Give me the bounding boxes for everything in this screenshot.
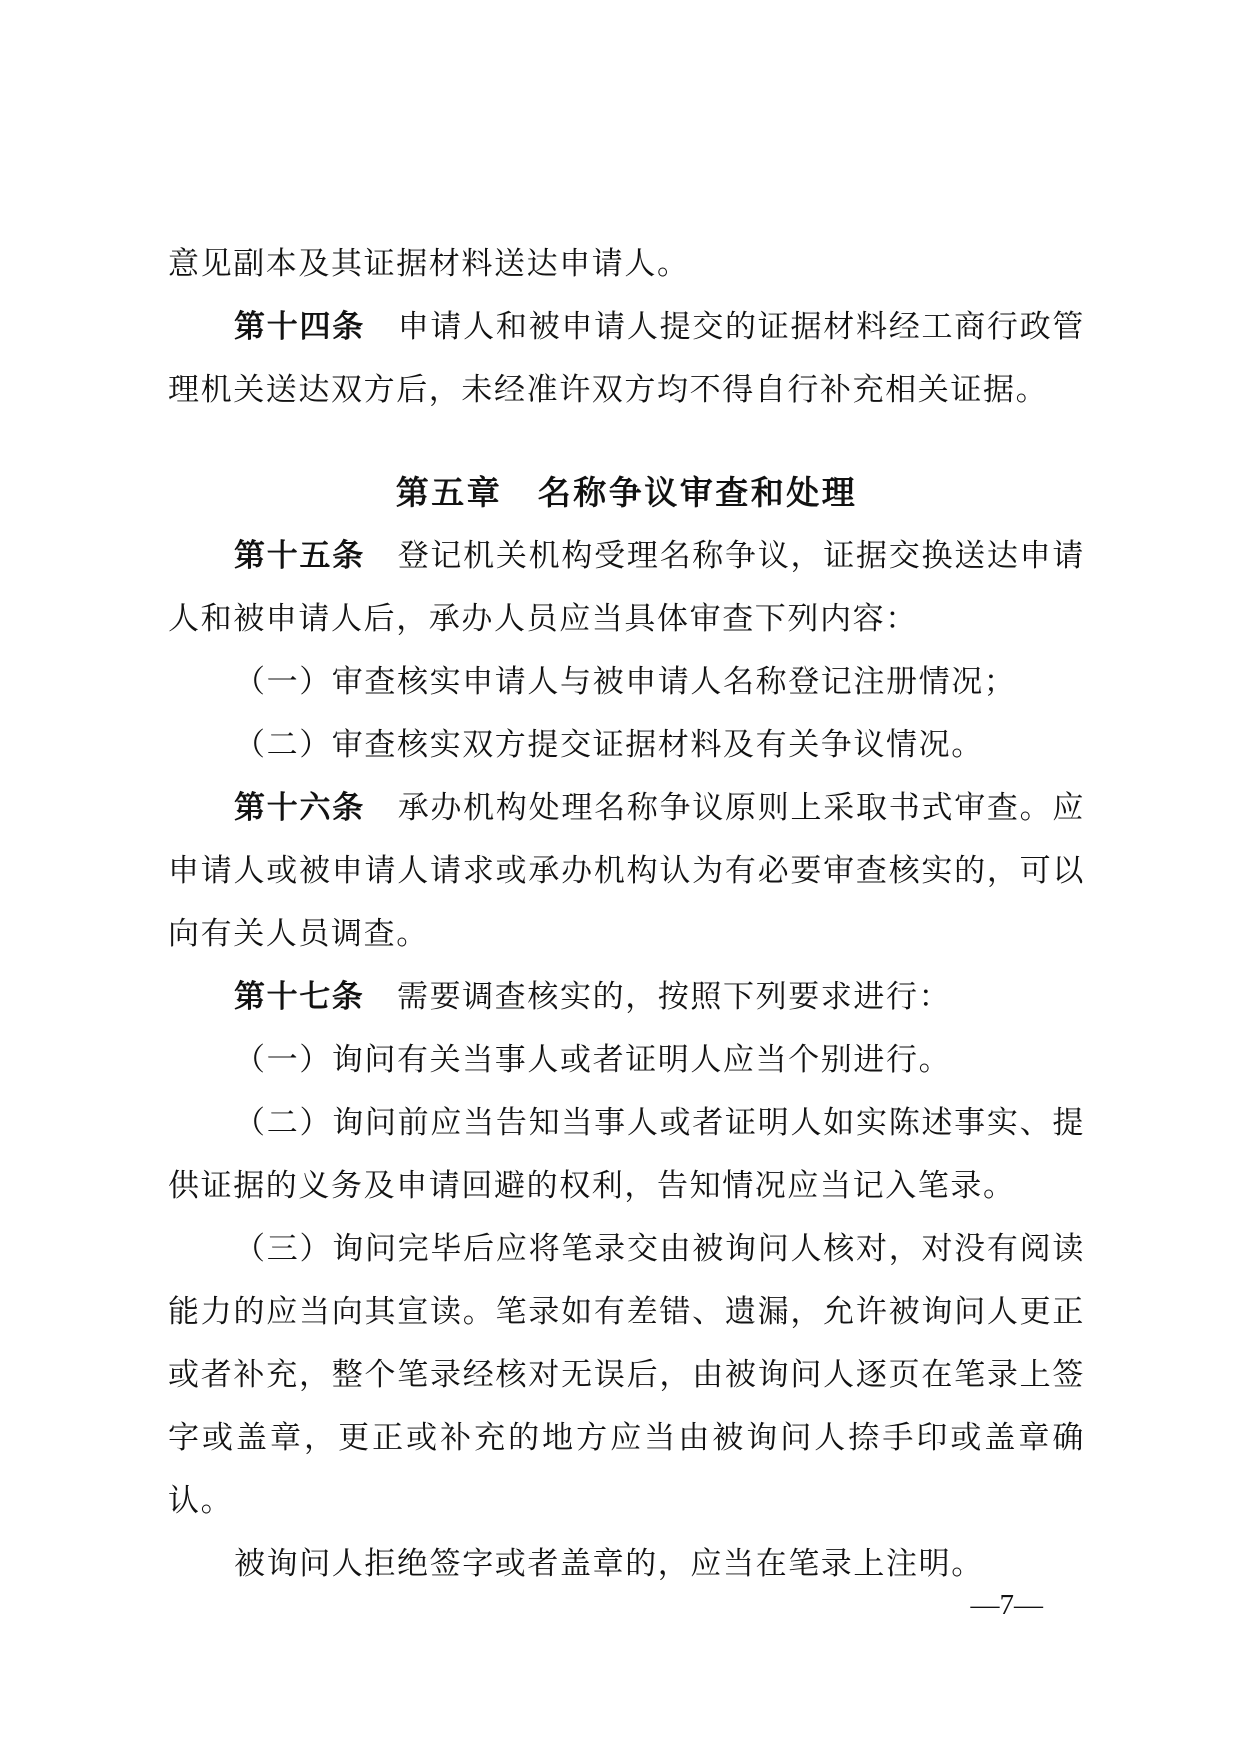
document-line: 字或盖章，更正或补充的地方应当由被询问人捺手印或盖章确 xyxy=(168,1406,1085,1469)
line-text: 承办机构处理名称争议原则上采取书式审查。应 xyxy=(365,790,1085,825)
document-line: 或者补充，整个笔录经核对无误后，由被询问人逐页在笔录上签 xyxy=(168,1343,1085,1406)
blank-line xyxy=(168,421,1085,461)
line-text: 申请人和被申请人提交的证据材料经工商行政管 xyxy=(365,309,1085,344)
line-text: 供证据的义务及申请回避的权利，告知情况应当记入笔录。 xyxy=(168,1168,1016,1203)
document-line: （二）审查核实双方提交证据材料及有关争议情况。 xyxy=(168,713,1085,776)
line-text: 或者补充，整个笔录经核对无误后，由被询问人逐页在笔录上签 xyxy=(168,1357,1085,1392)
document-line: 第十六条 承办机构处理名称争议原则上采取书式审查。应 xyxy=(168,776,1085,839)
line-text: 需要调查核实的，按照下列要求进行： xyxy=(364,979,951,1014)
line-text: 字或盖章，更正或补充的地方应当由被询问人捺手印或盖章确 xyxy=(168,1420,1085,1455)
document-line: （三）询问完毕后应将笔录交由被询问人核对，对没有阅读 xyxy=(168,1217,1085,1280)
line-text: 向有关人员调查。 xyxy=(168,916,429,951)
document-line: 能力的应当向其宣读。笔录如有差错、遗漏，允许被询问人更正 xyxy=(168,1280,1085,1343)
article-number: 第十五条 xyxy=(234,538,365,573)
line-text: 第五章 名称争议审查和处理 xyxy=(396,474,858,511)
line-text: （三）询问完毕后应将笔录交由被询问人核对，对没有阅读 xyxy=(234,1231,1085,1266)
document-line: 被询问人拒绝签字或者盖章的，应当在笔录上注明。 xyxy=(168,1532,1085,1595)
line-text: （二）审查核实双方提交证据材料及有关争议情况。 xyxy=(234,727,984,762)
document-line: 第十七条 需要调查核实的，按照下列要求进行： xyxy=(168,965,1085,1028)
line-text: 意见副本及其证据材料送达申请人。 xyxy=(168,246,690,281)
document-line: （二）询问前应当告知当事人或者证明人如实陈述事实、提 xyxy=(168,1091,1085,1154)
document-line: 第十四条 申请人和被申请人提交的证据材料经工商行政管 xyxy=(168,295,1085,358)
text-block: 意见副本及其证据材料送达申请人。第十四条 申请人和被申请人提交的证据材料经工商行… xyxy=(168,232,1085,1595)
line-text: 能力的应当向其宣读。笔录如有差错、遗漏，允许被询问人更正 xyxy=(168,1294,1085,1329)
article-number: 第十四条 xyxy=(234,309,365,344)
document-line: 第十五条 登记机关机构受理名称争议，证据交换送达申请 xyxy=(168,524,1085,587)
document-line: 供证据的义务及申请回避的权利，告知情况应当记入笔录。 xyxy=(168,1154,1085,1217)
line-text: 认。 xyxy=(168,1483,233,1518)
page-number: —7— xyxy=(971,1588,1044,1622)
line-text: 登记机关机构受理名称争议，证据交换送达申请 xyxy=(365,538,1085,573)
line-text: 人和被申请人后，承办人员应当具体审查下列内容： xyxy=(168,601,918,636)
document-page: 意见副本及其证据材料送达申请人。第十四条 申请人和被申请人提交的证据材料经工商行… xyxy=(0,0,1241,1754)
document-line: 理机关送达双方后，未经准许双方均不得自行补充相关证据。 xyxy=(168,358,1085,421)
line-text: （一）询问有关当事人或者证明人应当个别进行。 xyxy=(234,1042,951,1077)
line-text: （一）审查核实申请人与被申请人名称登记注册情况； xyxy=(234,664,1016,699)
document-line: 人和被申请人后，承办人员应当具体审查下列内容： xyxy=(168,587,1085,650)
document-line: 认。 xyxy=(168,1469,1085,1532)
line-text: 申请人或被申请人请求或承办机构认为有必要审查核实的，可以 xyxy=(168,853,1085,888)
line-text: 理机关送达双方后，未经准许双方均不得自行补充相关证据。 xyxy=(168,372,1048,407)
document-line: 向有关人员调查。 xyxy=(168,902,1085,965)
document-line: 意见副本及其证据材料送达申请人。 xyxy=(168,232,1085,295)
document-line: （一）审查核实申请人与被申请人名称登记注册情况； xyxy=(168,650,1085,713)
document-line: （一）询问有关当事人或者证明人应当个别进行。 xyxy=(168,1028,1085,1091)
chapter-heading: 第五章 名称争议审查和处理 xyxy=(168,461,1085,524)
line-text: （二）询问前应当告知当事人或者证明人如实陈述事实、提 xyxy=(234,1105,1085,1140)
line-text: 被询问人拒绝签字或者盖章的，应当在笔录上注明。 xyxy=(234,1546,984,1581)
article-number: 第十七条 xyxy=(234,979,364,1014)
document-line: 申请人或被申请人请求或承办机构认为有必要审查核实的，可以 xyxy=(168,839,1085,902)
article-number: 第十六条 xyxy=(234,790,365,825)
